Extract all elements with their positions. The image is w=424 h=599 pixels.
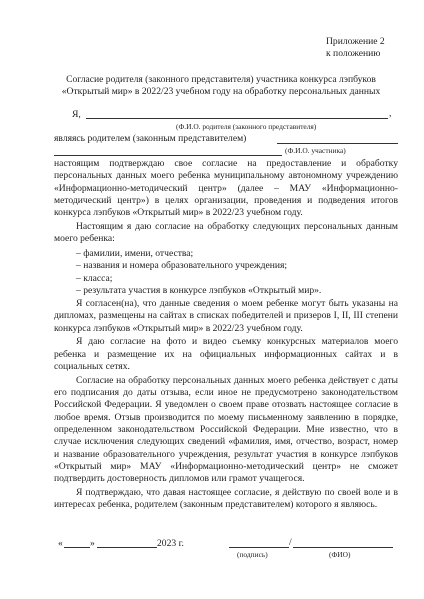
participant-name-field-part-1[interactable] — [277, 143, 398, 144]
paragraph-confirmation: Я подтверждаю, что давая настоящее согла… — [54, 487, 398, 512]
consent-body: настоящим подтверждаю свое согласие на п… — [54, 158, 398, 512]
signature-caption: (подпись) — [237, 550, 268, 559]
fio-field[interactable] — [293, 547, 393, 548]
fio-caption: (ФИО) — [329, 550, 350, 559]
participant-name-field-part-2[interactable] — [54, 155, 282, 156]
signature-slash: / — [289, 537, 292, 549]
appendix-label: Приложение 2 к положению — [326, 36, 385, 60]
list-item: класса; — [54, 273, 398, 286]
date-quote-open: « — [58, 538, 63, 550]
paragraph-consent-main: настоящим подтверждаю свое согласие на п… — [54, 158, 398, 219]
title-line-2: «Открытый мир» в 2022/23 учебном году на… — [40, 86, 402, 98]
appendix-line-1: Приложение 2 — [326, 36, 385, 48]
paragraph-diplomas: Я согласен(на), что данные сведения о мо… — [54, 298, 398, 335]
participant-name-caption: (Ф.И.О. участника) — [285, 146, 346, 155]
list-item: результата участия в конкурсе лэпбуков «… — [54, 285, 398, 298]
being-parent-label: являясь родителем (законным представител… — [54, 133, 246, 145]
personal-data-list: фамилии, имени, отчества; названия и ном… — [54, 248, 398, 298]
parent-name-field[interactable] — [86, 118, 388, 119]
title-line-1: Согласие родителя (законного представите… — [40, 74, 402, 86]
paragraph-photo-video: Я даю согласие на фото и видео съемку ко… — [54, 336, 398, 373]
month-field[interactable] — [97, 547, 157, 548]
day-field[interactable] — [64, 547, 90, 548]
parent-name-caption: (Ф.И.О. родителя (законного представител… — [176, 122, 316, 131]
parent-name-comma: , — [389, 108, 391, 120]
paragraph-data-list-intro: Настоящим я даю согласие на обработку сл… — [54, 221, 398, 246]
appendix-line-2: к положению — [326, 48, 385, 60]
signature-field[interactable] — [229, 547, 289, 548]
paragraph-validity: Согласие на обработку персональных данны… — [54, 375, 398, 486]
consent-form-page: Приложение 2 к положению Согласие родите… — [0, 0, 424, 599]
list-item: названия и номера образовательного учреж… — [54, 260, 398, 273]
list-item: фамилии, имени, отчества; — [54, 248, 398, 261]
i-label: Я, — [72, 109, 81, 121]
document-title: Согласие родителя (законного представите… — [40, 74, 402, 98]
year-label: 2023 г. — [157, 538, 184, 550]
date-quote-close: » — [90, 538, 95, 550]
